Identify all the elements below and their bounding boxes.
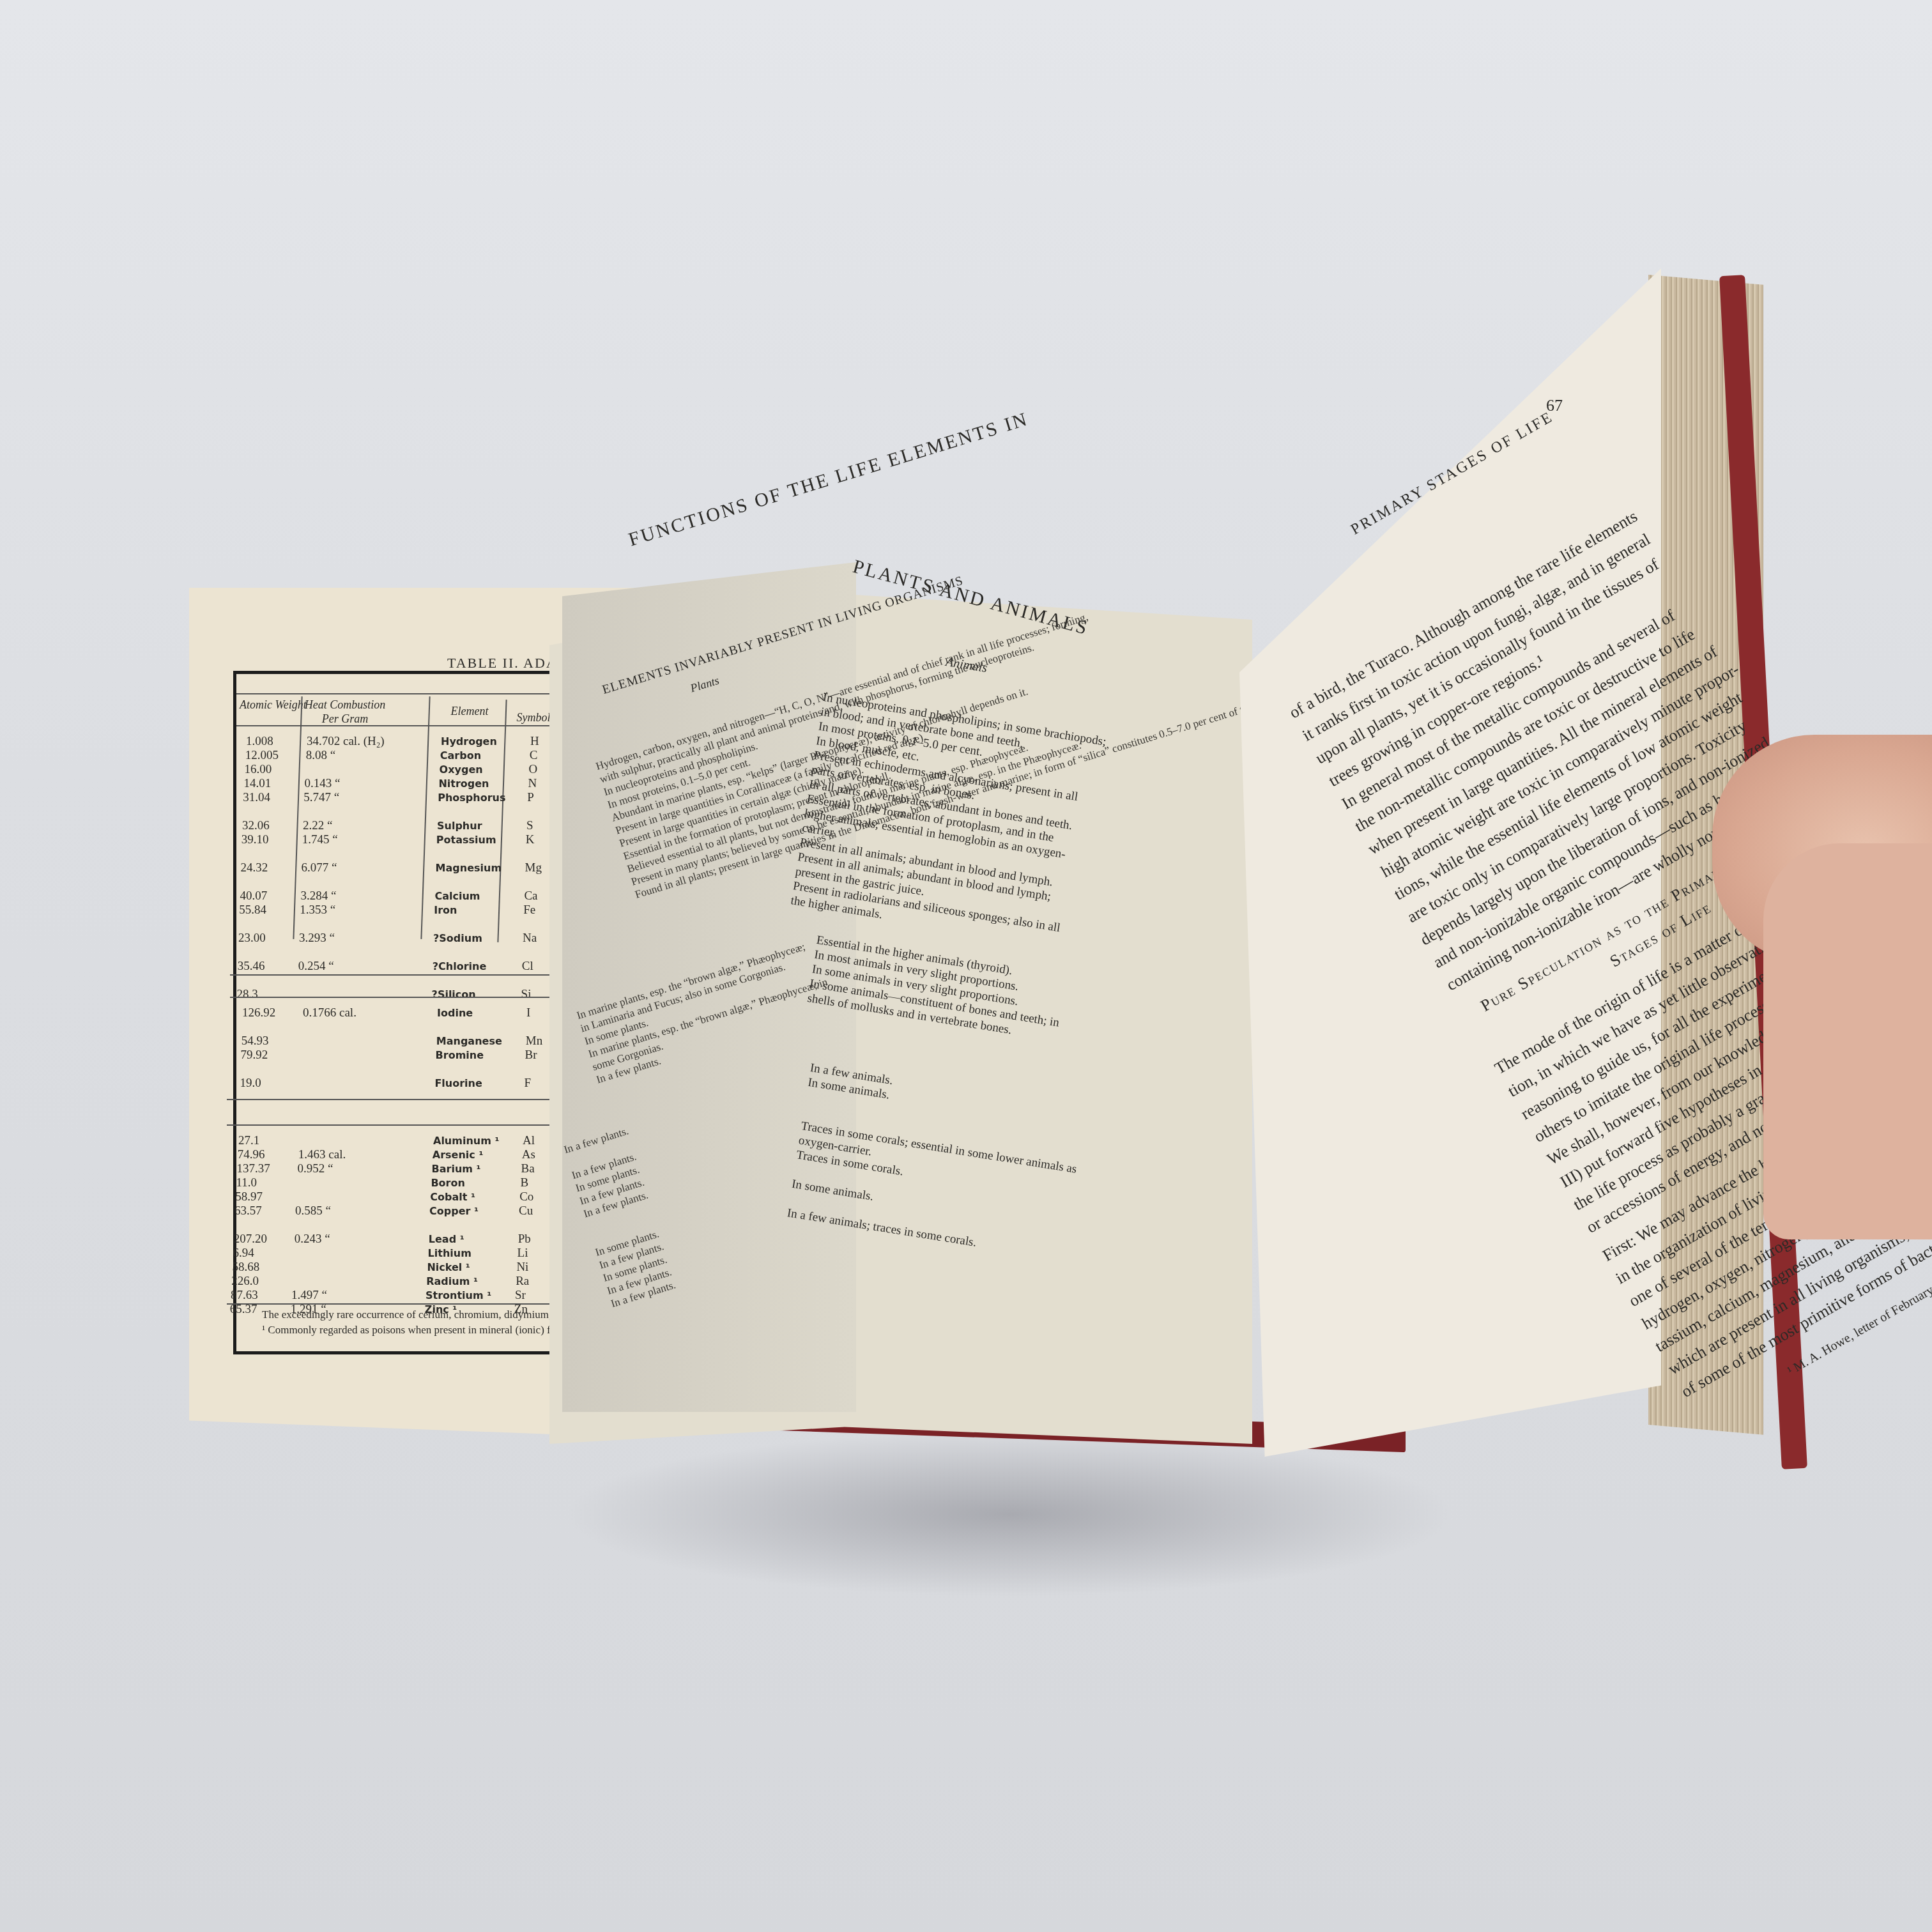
- atomic-weight-cell: 16.00: [245, 763, 272, 777]
- heat-combustion-cell: 0.585 “: [295, 1204, 331, 1218]
- element-symbol-cell: K: [526, 833, 535, 847]
- element-name-cell: Carbon: [440, 749, 481, 763]
- element-name-cell: Oxygen: [440, 763, 483, 777]
- element-name-cell: Manganese: [436, 1034, 502, 1048]
- atomic-weight-cell: 12.005: [245, 749, 279, 763]
- atomic-weight-cell: 32.06: [242, 819, 270, 833]
- animals-text-invariably: In nucleoproteins and phospholipins; in …: [790, 690, 1107, 953]
- element-name-cell: Arsenic ¹: [433, 1148, 484, 1162]
- element-name-cell: Magnesium: [436, 861, 502, 875]
- element-name-cell: Barium ¹: [432, 1162, 481, 1176]
- header-atomic-weight: Atomic Weight: [240, 698, 297, 712]
- atomic-weight-cell: 27.1: [238, 1134, 259, 1148]
- atomic-weight-cell: 6.94: [233, 1246, 254, 1261]
- element-name-cell: Radium ¹: [426, 1275, 478, 1289]
- element-symbol-cell: As: [522, 1148, 535, 1162]
- header-heat-combustion: Heat Combustion Per Gram: [300, 698, 390, 726]
- element-symbol-cell: S: [526, 819, 533, 833]
- atomic-weight-cell: 137.37: [237, 1162, 270, 1176]
- element-name-cell: Nickel ¹: [427, 1261, 470, 1275]
- divider: [236, 725, 569, 726]
- element-name-cell: Aluminum ¹: [433, 1134, 499, 1148]
- element-symbol-cell: Mg: [525, 861, 542, 875]
- atomic-weight-cell: 19.0: [240, 1077, 261, 1091]
- heat-combustion-cell: 1.497 “: [291, 1289, 327, 1303]
- divider: [230, 974, 562, 976]
- element-symbol-cell: C: [530, 749, 538, 763]
- atomic-weight-cell: 11.0: [236, 1176, 257, 1190]
- atomic-weight-cell: 28.3: [237, 988, 258, 1002]
- divider: [230, 997, 562, 998]
- element-symbol-cell: P: [527, 791, 534, 805]
- element-name-cell: Bromine: [436, 1048, 484, 1062]
- element-symbol-cell: B: [520, 1176, 528, 1190]
- atomic-weight-cell: 24.32: [241, 861, 268, 875]
- header-symbol: Symbol: [511, 710, 556, 724]
- element-name-cell: Iodine: [437, 1006, 473, 1020]
- heat-combustion-cell: 0.243 “: [295, 1232, 330, 1246]
- element-symbol-cell: Ra: [516, 1275, 529, 1289]
- atomic-weight-cell: 35.46: [238, 960, 265, 974]
- element-name-cell: Cobalt ¹: [430, 1190, 475, 1204]
- element-name-cell: Lithium: [428, 1246, 471, 1261]
- element-symbol-cell: Al: [523, 1134, 535, 1148]
- element-symbol-cell: Sr: [515, 1289, 526, 1303]
- divider: [236, 693, 569, 694]
- table-title-middle: FUNCTIONS OF THE LIFE ELEMENTS IN: [626, 408, 1031, 551]
- atomic-weight-cell: 87.63: [231, 1289, 258, 1303]
- atomic-weight-cell: 63.57: [234, 1204, 262, 1218]
- heat-combustion-cell: 1.745 “: [302, 833, 338, 847]
- element-symbol-cell: Cu: [519, 1204, 533, 1218]
- heat-combustion-cell: 3.293 “: [299, 931, 335, 946]
- heat-combustion-cell: 0.952 “: [298, 1162, 333, 1176]
- atomic-weight-cell: 65.37: [230, 1303, 257, 1317]
- element-symbol-cell: Br: [525, 1048, 537, 1062]
- element-symbol-cell: Ba: [521, 1162, 535, 1176]
- heat-combustion-cell: 34.702 cal. (H₂): [307, 735, 385, 749]
- element-symbol-cell: F: [524, 1077, 531, 1091]
- hand: [1763, 843, 1932, 1239]
- atomic-weight-cell: 126.92: [242, 1006, 275, 1020]
- atomic-weight-cell: 14.01: [243, 777, 271, 791]
- heat-combustion-cell: 1.353 “: [300, 903, 335, 917]
- element-name-cell: Copper ¹: [429, 1204, 479, 1218]
- element-symbol-cell: Mn: [526, 1034, 542, 1048]
- book-shadow: [562, 1431, 1457, 1597]
- element-name-cell: ?Silicon: [432, 988, 476, 1002]
- element-name-cell: Fluorine: [434, 1077, 482, 1091]
- atomic-weight-cell: 74.96: [238, 1148, 265, 1162]
- element-symbol-cell: Si: [521, 988, 532, 1002]
- element-symbol-cell: Pb: [518, 1232, 531, 1246]
- element-name-cell: ?Chlorine: [433, 960, 487, 974]
- header-element: Element: [438, 704, 502, 718]
- atomic-weight-cell: 39.10: [241, 833, 269, 847]
- atomic-weight-cell: 1.008: [246, 735, 273, 749]
- element-name-cell: Nitrogen: [438, 777, 489, 791]
- element-symbol-cell: Ni: [516, 1261, 528, 1275]
- element-name-cell: Calcium: [434, 889, 480, 903]
- element-name-cell: Phosphorus: [438, 791, 505, 805]
- atomic-weight-cell: 58.97: [235, 1190, 263, 1204]
- divider: [227, 1303, 559, 1305]
- element-name-cell: Iron: [434, 903, 457, 917]
- divider: [227, 1099, 562, 1100]
- element-symbol-cell: H: [530, 735, 539, 749]
- atomic-weight-cell: 23.00: [238, 931, 266, 946]
- heat-combustion-cell: 0.143 “: [304, 777, 340, 791]
- atomic-weight-cell: 40.07: [240, 889, 267, 903]
- element-symbol-cell: I: [526, 1006, 530, 1020]
- element-name-cell: Potassium: [436, 833, 496, 847]
- heat-combustion-cell: 6.077 “: [302, 861, 337, 875]
- element-symbol-cell: Li: [517, 1246, 528, 1261]
- element-name-cell: ?Sodium: [433, 931, 482, 946]
- atomic-weight-cell: 58.68: [232, 1261, 259, 1275]
- element-symbol-cell: Fe: [523, 903, 535, 917]
- heat-combustion-cell: 5.747 “: [303, 791, 339, 805]
- heat-combustion-cell: 3.284 “: [300, 889, 336, 903]
- element-name-cell: Hydrogen: [441, 735, 497, 749]
- atomic-weight-cell: 31.04: [243, 791, 270, 805]
- element-name-cell: Lead ¹: [429, 1232, 464, 1246]
- element-name-cell: Boron: [431, 1176, 464, 1190]
- divider: [227, 1124, 562, 1126]
- heat-combustion-cell: 1.463 cal.: [298, 1148, 346, 1162]
- element-symbol-cell: Cl: [522, 960, 533, 974]
- atomic-weight-cell: 207.20: [234, 1232, 267, 1246]
- element-name-cell: Sulphur: [437, 819, 482, 833]
- heat-combustion-cell: 0.1766 cal.: [303, 1006, 356, 1020]
- atomic-weight-cell: 55.84: [239, 903, 266, 917]
- element-name-cell: Strontium ¹: [425, 1289, 491, 1303]
- heat-combustion-cell: 0.254 “: [298, 960, 334, 974]
- atomic-weight-cell: 226.0: [231, 1275, 259, 1289]
- element-symbol-cell: Ca: [524, 889, 537, 903]
- atomic-weight-cell: 79.92: [241, 1048, 268, 1062]
- element-symbol-cell: Co: [519, 1190, 533, 1204]
- element-symbol-cell: Na: [523, 931, 537, 946]
- heat-combustion-cell: 8.08 “: [306, 749, 335, 763]
- heat-combustion-cell: 2.22 “: [303, 819, 332, 833]
- element-symbol-cell: N: [528, 777, 537, 791]
- element-symbol-cell: O: [529, 763, 538, 777]
- atomic-weight-cell: 54.93: [241, 1034, 269, 1048]
